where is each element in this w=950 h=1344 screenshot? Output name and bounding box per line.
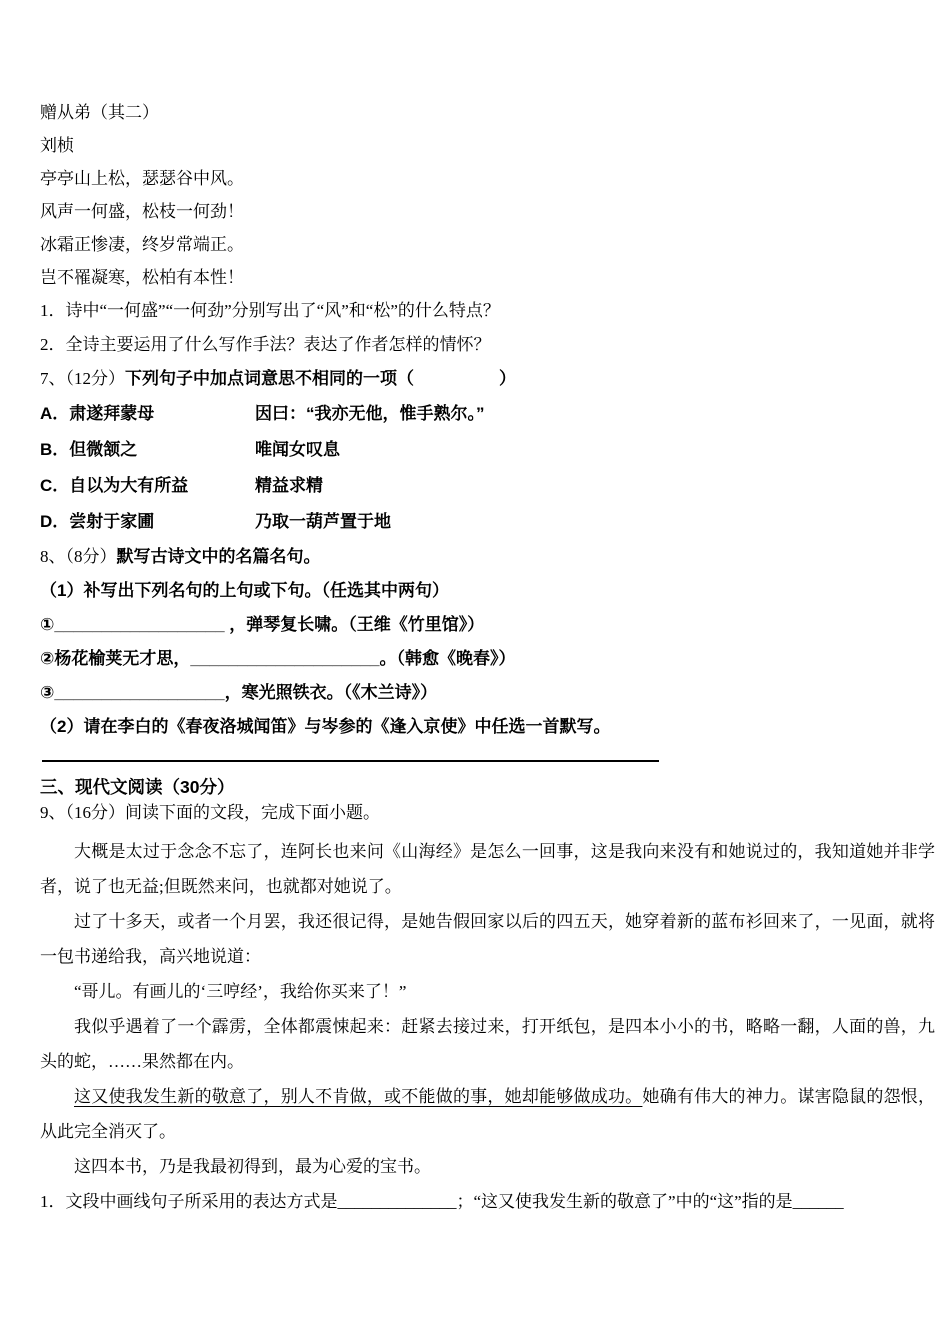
reading-question-1: 1．文段中画线句子所采用的表达方式是______________；“这又使我发生…: [40, 1184, 935, 1219]
option-b-right: 唯闻女叹息: [255, 432, 340, 468]
passage-paragraph-4: 我似乎遇着了一个霹雳，全体都震悚起来：赶紧去接过来，打开纸包，是四本小小的书，略…: [40, 1009, 935, 1079]
option-a-right: 因曰：“我亦无他，惟手熟尔。”: [255, 396, 485, 432]
option-d-right: 乃取一葫芦置于地: [255, 504, 391, 540]
option-d-left: D．尝射于家圃: [40, 504, 255, 540]
question-8-number: 8、（8分）: [40, 547, 117, 566]
option-a-left: A．肃遂拜蒙母: [40, 396, 255, 432]
question-8-stem-text: 默写古诗文中的名篇名句。: [117, 547, 321, 566]
question-7-stem-text: 下列句子中加点词意思不相同的一项（ ）: [125, 369, 516, 388]
exam-page: 赠从弟（其二） 刘桢 亭亭山上松，瑟瑟谷中风。 风声一何盛，松枝一何劲！ 冰霜正…: [0, 0, 950, 1219]
option-c-label: C．: [40, 476, 69, 495]
poem-author: 刘桢: [40, 129, 935, 162]
poem-line-3: 冰霜正惨凄，终岁常端正。: [40, 228, 935, 261]
option-a-phrase: 肃遂拜蒙母: [69, 404, 154, 423]
question-8-part2: （2）请在李白的《春夜洛城闻笛》与岑参的《逢入京使》中任选一首默写。: [40, 710, 935, 744]
blank-item-1: ①__________________ ，弹琴复长啸。（王维《竹里馆》）: [40, 608, 935, 642]
option-a-label: A．: [40, 404, 69, 423]
option-b-phrase: 但微颔之: [69, 440, 137, 459]
passage-paragraph-3: “哥儿。有画儿的‘三哼经’，我给你买来了！”: [40, 974, 935, 1009]
poem-line-2: 风声一何盛，松枝一何劲！: [40, 195, 935, 228]
underlined-sentence: 这又使我发生新的敬意了，别人不肯做，或不能做的事，她却能够做成功。: [74, 1087, 642, 1106]
blank-item-3: ③__________________，寒光照铁衣。（《木兰诗》）: [40, 676, 935, 710]
option-c-right: 精益求精: [255, 468, 323, 504]
question-8-stem: 8、（8分）默写古诗文中的名篇名句。: [40, 540, 935, 574]
passage-paragraph-2: 过了十多天，或者一个月罢，我还很记得，是她告假回家以后的四五天，她穿着新的蓝布衫…: [40, 904, 935, 974]
option-d-phrase: 尝射于家圃: [69, 512, 154, 531]
option-c-phrase: 自以为大有所益: [69, 476, 188, 495]
option-d-label: D．: [40, 512, 69, 531]
poem-question-1: 1．诗中“一何盛”“一何劲”分别写出了“风”和“松”的什么特点？: [40, 294, 935, 328]
blank-item-2: ②杨花榆荚无才思，____________________。（韩愈《晚春》）: [40, 642, 935, 676]
passage-paragraph-1: 大概是太过于念念不忘了，连阿长也来问《山海经》是怎么一回事，这是我向来没有和她说…: [40, 834, 935, 904]
option-b-label: B．: [40, 440, 69, 459]
option-c-left: C．自以为大有所益: [40, 468, 255, 504]
poem-line-1: 亭亭山上松，瑟瑟谷中风。: [40, 162, 935, 195]
passage-paragraph-5: 这又使我发生新的敬意了，别人不肯做，或不能做的事，她却能够做成功。她确有伟大的神…: [40, 1079, 935, 1149]
question-8-part1: （1）补写出下列名句的上句或下句。（任选其中两句）: [40, 574, 935, 608]
poem-question-2: 2．全诗主要运用了什么写作手法？表达了作者怎样的情怀？: [40, 328, 935, 362]
option-row-a: A．肃遂拜蒙母 因曰：“我亦无他，惟手熟尔。”: [40, 396, 935, 432]
option-row-d: D．尝射于家圃 乃取一葫芦置于地: [40, 504, 935, 540]
section-3-heading: 三、现代文阅读（30分）: [40, 774, 935, 800]
divider-line: [42, 760, 659, 762]
poem-block: 赠从弟（其二） 刘桢 亭亭山上松，瑟瑟谷中风。 风声一何盛，松枝一何劲！ 冰霜正…: [40, 96, 935, 294]
option-b-left: B．但微颔之: [40, 432, 255, 468]
poem-title: 赠从弟（其二）: [40, 96, 935, 129]
option-row-c: C．自以为大有所益 精益求精: [40, 468, 935, 504]
option-row-b: B．但微颔之 唯闻女叹息: [40, 432, 935, 468]
question-7-number: 7、（12分）: [40, 369, 125, 388]
poem-line-4: 岂不罹凝寒，松柏有本性！: [40, 261, 935, 294]
reading-passage: 大概是太过于念念不忘了，连阿长也来问《山海经》是怎么一回事，这是我向来没有和她说…: [40, 834, 935, 1184]
passage-paragraph-6: 这四本书，乃是我最初得到，最为心爱的宝书。: [40, 1149, 935, 1184]
question-7-stem: 7、（12分）下列句子中加点词意思不相同的一项（ ）: [40, 362, 935, 396]
question-9-stem: 9、（16分）间读下面的文段，完成下面小题。: [40, 800, 935, 826]
